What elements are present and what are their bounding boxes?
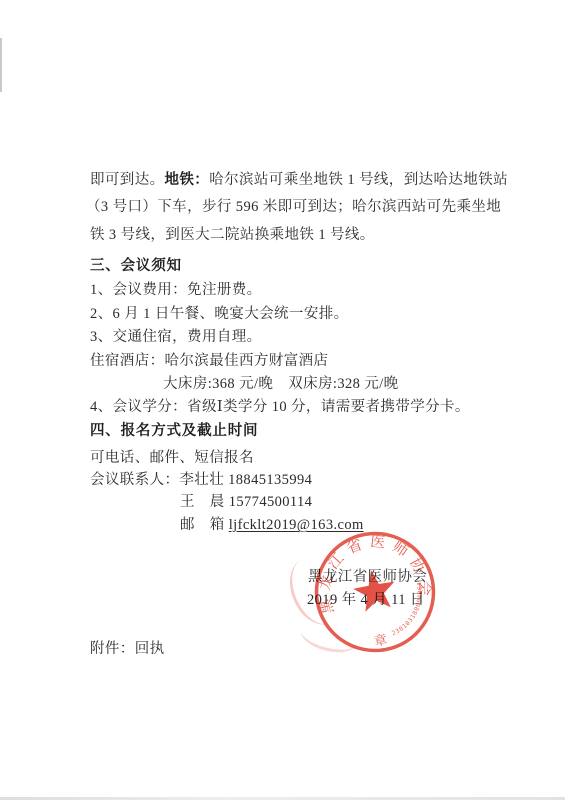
email-address: ljfcklt2019@163.com [229, 517, 364, 533]
section3-item4: 4、会议学分：省级Ⅰ类学分 10 分，请需要者携带学分卡。 [90, 399, 470, 415]
seal-serial-number: 230103180004064 [383, 581, 431, 638]
paragraph-metro-line3: 铁 3 号线，到医大二院站换乘地铁 1 号线。 [90, 227, 375, 243]
signup-methods-line: 可电话、邮件、短信报名 [90, 450, 254, 466]
scanned-document-page: 即可到达。地铁：哈尔滨站可乘坐地铁 1 号线，到达哈达地铁站 （3 号口）下车，… [0, 0, 565, 800]
hotel-price-line: 大床房:368 元/晚 双床房:328 元/晚 [163, 376, 399, 392]
email-label: 邮 箱 [180, 517, 229, 533]
seal-ink-smudge [280, 549, 353, 633]
section3-heading: 三、会议须知 [90, 258, 182, 274]
scan-edge-artifact-left [0, 38, 2, 92]
seal-serial-holder: 230103180004064 [383, 581, 431, 638]
contact-line-2: 王 晨 15774500114 [180, 494, 312, 510]
seal-ink-smudge [297, 615, 360, 657]
section3-item3: 3、交通住宿，费用自理。 [90, 329, 262, 345]
signature-org: 黑龙江省医师协会 [308, 569, 427, 585]
attachment-line: 附件：回执 [90, 641, 165, 657]
section3-item2: 2、6 月 1 日午餐、晚宴大会统一安排。 [90, 306, 349, 322]
metro-text-normal: 即可到达。 [90, 172, 165, 188]
hotel-line: 住宿酒店：哈尔滨最佳西方财富酒店 [90, 353, 328, 369]
section4-heading: 四、报名方式及截止时间 [90, 423, 258, 439]
paragraph-metro-line2: （3 号口）下车，步行 596 米即可到达；哈尔滨西站可先乘坐地 [86, 199, 501, 215]
seal-bottom-char: 章 [373, 632, 388, 649]
email-line: 邮 箱 ljfcklt2019@163.com [180, 517, 364, 533]
section3-item1: 1、会议费用：免注册费。 [90, 282, 262, 298]
metro-text-rest: 哈尔滨站可乘坐地铁 1 号线，到达哈达地铁站 [209, 172, 508, 188]
signature-date: 2019 年 4 月 11 日 [307, 592, 425, 608]
contact-line-1: 会议联系人：李壮壮 18845135994 [90, 472, 312, 488]
paragraph-metro-line1: 即可到达。地铁：哈尔滨站可乘坐地铁 1 号线，到达哈达地铁站 [90, 172, 508, 188]
metro-label-bold: 地铁： [165, 172, 210, 188]
